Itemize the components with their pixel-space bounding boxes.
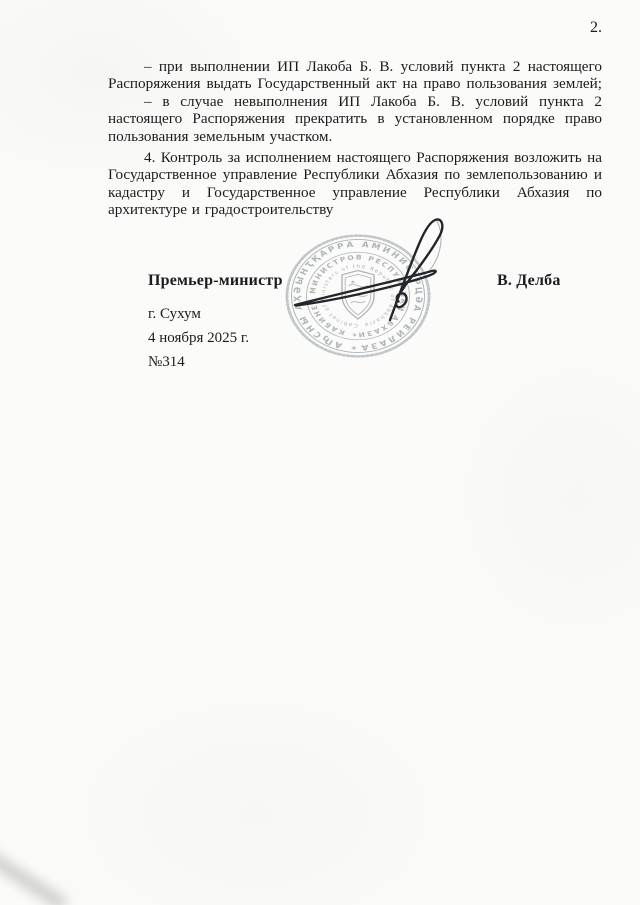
signer-title: Премьер-министр bbox=[148, 272, 283, 290]
stamp-inner-circle bbox=[307, 252, 410, 340]
document-body: – при выполнении ИП Лакоба Б. В. условий… bbox=[108, 58, 602, 219]
stamp-shield-outline bbox=[342, 271, 374, 319]
stamp-ring-abkhaz: ✶ АҦСНЫ АҲӘЫНҬҚАРРА АМИНИСТРЦӘА РЕИЛАЗАА… bbox=[291, 239, 425, 352]
stamp-text-group: ✶ АҦСНЫ АҲӘЫНҬҚАРРА АМИНИСТРЦӘА РЕИЛАЗАА… bbox=[291, 239, 425, 352]
paragraph-line: настоящего Распоряжения прекратить в уст… bbox=[108, 110, 602, 127]
stamp-shield-inner-outline bbox=[345, 274, 371, 315]
paragraph-line: кадастру и Государственное управление Ре… bbox=[108, 184, 602, 201]
official-stamp: ✶ АҦСНЫ АҲӘЫНҬҚАРРА АМИНИСТРЦӘА РЕИЛАЗАА… bbox=[287, 236, 429, 357]
scanned-document-page: 2. – при выполнении ИП Лакоба Б. В. усло… bbox=[0, 0, 640, 905]
scan-corner-artifact bbox=[0, 846, 67, 905]
paragraph-line: пользования земельным участком. bbox=[108, 128, 602, 145]
paragraph-line: – в случае невыполнения ИП Лакоба Б. В. … bbox=[108, 93, 602, 110]
stamp-outer-circle bbox=[292, 239, 425, 352]
signature-loop-stroke bbox=[390, 219, 442, 320]
signature-flourish-stroke bbox=[295, 271, 436, 306]
stamp-emblem-squiggles bbox=[349, 284, 367, 303]
stamp-beaded-edge bbox=[287, 236, 429, 357]
issue-date: 4 ноября 2025 г. bbox=[148, 330, 249, 347]
page-number: 2. bbox=[590, 19, 602, 37]
paragraph-line: – при выполнении ИП Лакоба Б. В. условий… bbox=[108, 58, 602, 75]
paragraph-line: Государственное управление Республики Аб… bbox=[108, 166, 602, 183]
stamp-ring-english: Cabinet of Ministers of the Republic of … bbox=[321, 264, 396, 328]
paragraph-line: Распоряжения выдать Государственный акт … bbox=[108, 75, 602, 92]
issue-place: г. Сухум bbox=[148, 306, 201, 323]
stamp-rings bbox=[287, 236, 429, 357]
paragraph-line: архитектуре и градостроительству bbox=[108, 201, 602, 218]
paragraph-line: 4. Контроль за исполнением настоящего Ра… bbox=[108, 149, 602, 166]
signature-hairline-stroke bbox=[430, 221, 441, 270]
stamp-ring-russian: ✶ КАБИНЕТ МИНИСТРОВ РЕСПУБЛИКИ АБХАЗИЯ ✶ bbox=[307, 253, 408, 339]
document-number: №314 bbox=[148, 354, 185, 371]
signer-name: В. Делба bbox=[497, 272, 561, 290]
handwritten-signature bbox=[295, 219, 442, 320]
stamp-shield-star: ✶ bbox=[350, 279, 356, 286]
